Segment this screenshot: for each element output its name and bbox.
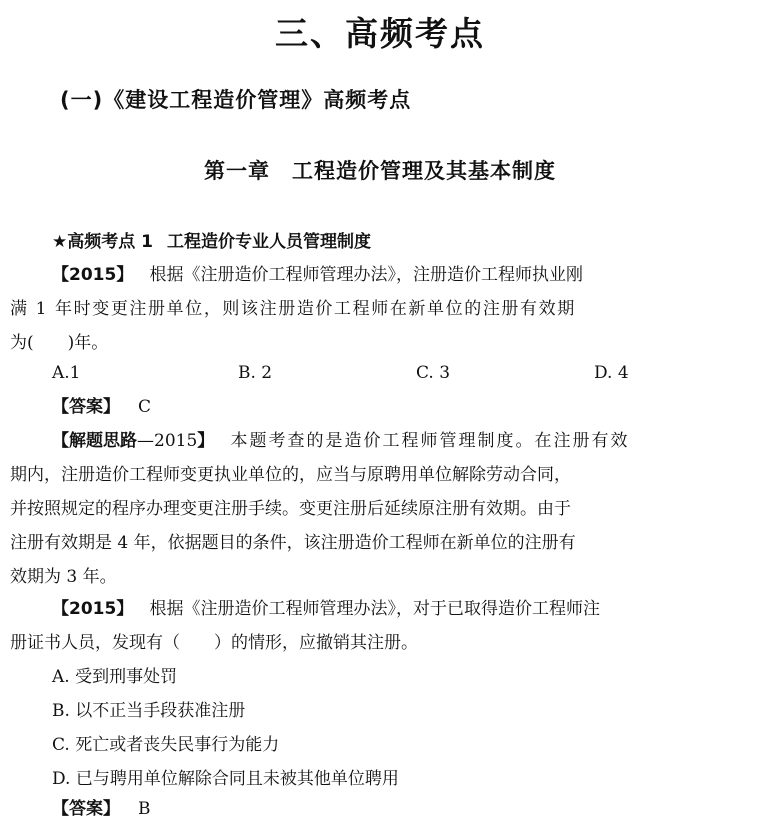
section-title: (一)《建设工程造价管理》高频考点 [60, 84, 411, 114]
question-1-options: A.1B. 2C. 3D. 4 [52, 356, 629, 390]
answer-value: C [138, 397, 151, 417]
stem-text: 根据《注册造价工程师管理办法》，对于已取得造价工程师注 [150, 599, 601, 619]
analysis-label: 【解题思路 [52, 431, 137, 451]
chapter-title: 第一章 工程造价管理及其基本制度 [0, 155, 760, 185]
option-d: D. 4 [594, 356, 629, 390]
answer-label: 【答案】 [52, 397, 120, 417]
stem-text: 满 1 年时变更注册单位，则该注册造价工程师在新单位的注册有效期 [10, 292, 745, 326]
analysis-close: 】 [197, 431, 214, 451]
star-icon: ★ [52, 232, 67, 252]
year-tag: 【2015】 [52, 599, 133, 619]
analysis-text: 并按照规定的程序办理变更注册手续。变更注册后延续原注册有效期。由于 [10, 492, 745, 526]
key-point-heading: ★高频考点 1工程造价专业人员管理制度 [52, 227, 371, 252]
analysis-text: 本题考查的是造价工程师管理制度。在注册有效 [230, 431, 629, 451]
stem-text: 册证书人员，发现有（ ）的情形，应撤销其注册。 [10, 626, 745, 660]
option-c: C. 死亡或者丧失民事行为能力 [52, 728, 399, 762]
analysis-text: 期内，注册造价工程师变更执业单位的，应当与原聘用单位解除劳动合同， [10, 458, 745, 492]
question-2-stem: 【2015】 根据《注册造价工程师管理办法》，对于已取得造价工程师注 册证书人员… [10, 592, 745, 660]
question-2-options: A. 受到刑事处罚 B. 以不正当手段获准注册 C. 死亡或者丧失民事行为能力 … [52, 660, 399, 796]
option-b: B. 以不正当手段获准注册 [52, 694, 399, 728]
analysis-text: 效期为 3 年。 [10, 560, 745, 594]
analysis-text: 注册有效期是 4 年，依据题目的条件，该注册造价工程师在新单位的注册有 [10, 526, 745, 560]
question-2-answer: 【答案】B [52, 792, 151, 823]
key-point-label: 高频考点 1 [67, 232, 153, 252]
answer-label: 【答案】 [52, 799, 120, 819]
question-1-analysis: 【解题思路—2015】 本题考查的是造价工程师管理制度。在注册有效 期内，注册造… [10, 424, 745, 594]
question-1-answer: 【答案】C [52, 390, 151, 424]
analysis-year: —2015 [137, 431, 197, 451]
option-a: A.1 [52, 356, 238, 390]
option-b: B. 2 [238, 356, 416, 390]
stem-text: 根据《注册造价工程师管理办法》，注册造价工程师执业刚 [150, 265, 584, 285]
page-title: 三、高频考点 [0, 8, 760, 55]
option-c: C. 3 [416, 356, 594, 390]
answer-value: B [138, 799, 151, 819]
year-tag: 【2015】 [52, 265, 133, 285]
option-d: D. 已与聘用单位解除合同且未被其他单位聘用 [52, 762, 399, 796]
stem-text: 为( )年。 [10, 326, 745, 360]
question-1-stem: 【2015】 根据《注册造价工程师管理办法》，注册造价工程师执业刚 满 1 年时… [10, 258, 745, 360]
option-a: A. 受到刑事处罚 [52, 660, 399, 694]
key-point-title: 工程造价专业人员管理制度 [167, 232, 371, 252]
